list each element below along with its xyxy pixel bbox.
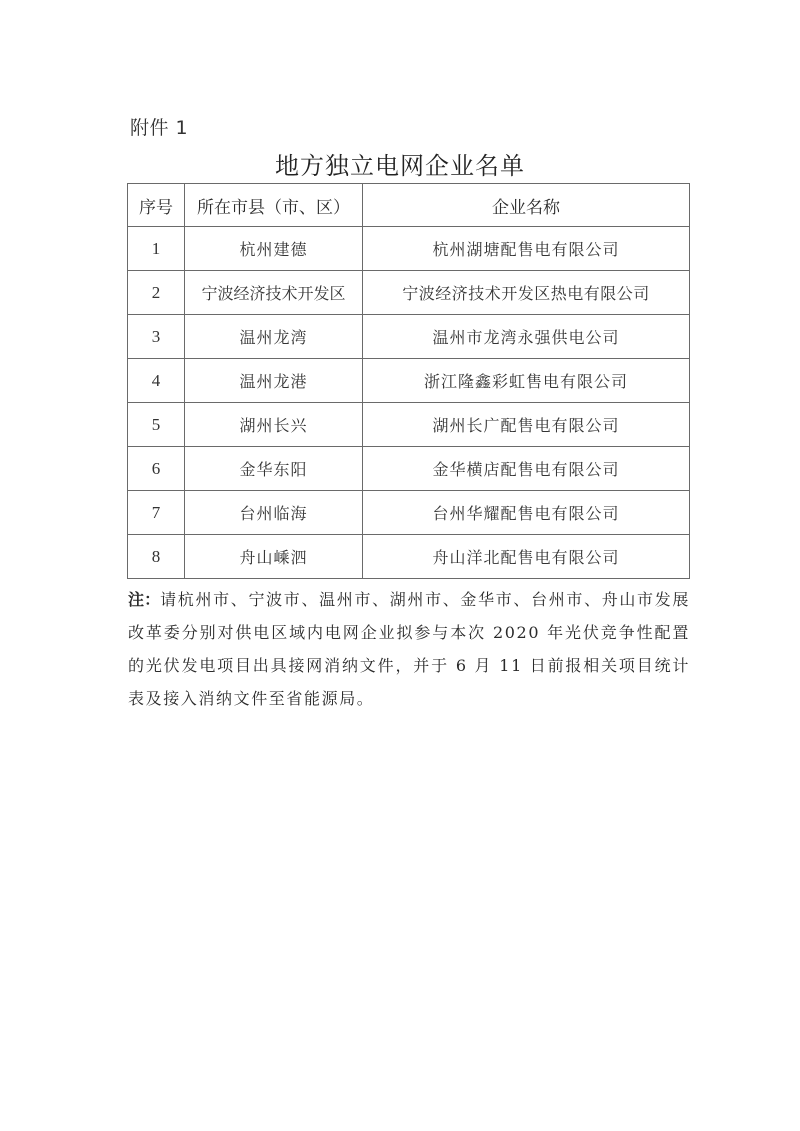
document-title: 地方独立电网企业名单 [0, 146, 800, 181]
table-row: 3 温州龙湾 温州市龙湾永强供电公司 [128, 315, 690, 359]
row-no: 1 [128, 227, 185, 271]
row-company: 温州市龙湾永强供电公司 [363, 315, 690, 359]
row-region: 湖州长兴 [185, 403, 363, 447]
header-region: 所在市县（市、区） [185, 184, 363, 227]
table-header-row: 序号 所在市县（市、区） 企业名称 [128, 184, 690, 227]
row-company: 金华横店配售电有限公司 [363, 447, 690, 491]
row-region: 宁波经济技术开发区 [185, 271, 363, 315]
header-no: 序号 [128, 184, 185, 227]
row-no: 4 [128, 359, 185, 403]
table-row: 7 台州临海 台州华耀配售电有限公司 [128, 491, 690, 535]
table-row: 2 宁波经济技术开发区 宁波经济技术开发区热电有限公司 [128, 271, 690, 315]
row-no: 6 [128, 447, 185, 491]
row-region: 台州临海 [185, 491, 363, 535]
row-no: 3 [128, 315, 185, 359]
row-region: 杭州建德 [185, 227, 363, 271]
row-company: 浙江隆鑫彩虹售电有限公司 [363, 359, 690, 403]
row-no: 2 [128, 271, 185, 315]
note-label: 注： [128, 590, 160, 609]
row-no: 7 [128, 491, 185, 535]
table-row: 6 金华东阳 金华横店配售电有限公司 [128, 447, 690, 491]
row-company: 宁波经济技术开发区热电有限公司 [363, 271, 690, 315]
table-row: 4 温州龙港 浙江隆鑫彩虹售电有限公司 [128, 359, 690, 403]
row-region: 金华东阳 [185, 447, 363, 491]
table-row: 1 杭州建德 杭州湖塘配售电有限公司 [128, 227, 690, 271]
row-company: 台州华耀配售电有限公司 [363, 491, 690, 535]
row-region: 舟山嵊泗 [185, 535, 363, 579]
row-company: 舟山洋北配售电有限公司 [363, 535, 690, 579]
row-no: 8 [128, 535, 185, 579]
row-company: 杭州湖塘配售电有限公司 [363, 227, 690, 271]
header-company: 企业名称 [363, 184, 690, 227]
attachment-label: 附件 1 [130, 113, 188, 140]
table-row: 5 湖州长兴 湖州长广配售电有限公司 [128, 403, 690, 447]
row-company: 湖州长广配售电有限公司 [363, 403, 690, 447]
note-text: 请杭州市、宁波市、温州市、湖州市、金华市、台州市、舟山市发展改革委分别对供电区域… [128, 590, 690, 708]
grid-company-table: 序号 所在市县（市、区） 企业名称 1 杭州建德 杭州湖塘配售电有限公司 2 宁… [127, 183, 690, 579]
note-paragraph: 注：请杭州市、宁波市、温州市、湖州市、金华市、台州市、舟山市发展改革委分别对供电… [128, 583, 690, 715]
row-no: 5 [128, 403, 185, 447]
row-region: 温州龙港 [185, 359, 363, 403]
table-row: 8 舟山嵊泗 舟山洋北配售电有限公司 [128, 535, 690, 579]
row-region: 温州龙湾 [185, 315, 363, 359]
